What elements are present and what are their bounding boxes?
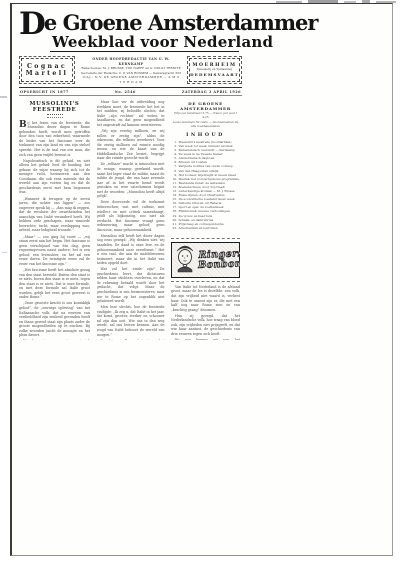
article-paragraph: Wat zal het einde zijn? De geschiedenis … (97, 267, 165, 303)
article-paragraph: Deze doorvoede wil de toekomst beheersch… (97, 200, 165, 232)
contents-column: DE GROENE AMSTERDAMMER Prijs per kwartaa… (171, 100, 240, 340)
newspaper-content: De Groene Amsterdammer Weekblad voor Ned… (19, 13, 242, 340)
contents-item-text: Advertentiën en berichten (179, 226, 241, 230)
column-layout: MUSSOLINI'S FEESTREDE Bij het lezen van … (19, 100, 242, 340)
article-paragraph: Men leze slechts, hoe de feestrede eindi… (97, 305, 165, 337)
article-paragraphs: Maar hoe ver de uitbreiding nog strekken… (97, 100, 165, 340)
article-column-1: MUSSOLINI'S FEESTREDE Bij het lezen van … (19, 100, 90, 340)
article-paragraph: „Onze grootste kracht is ons koninklijk … (19, 301, 90, 337)
divider-rule (19, 95, 242, 96)
advert-product-line: Bonbons (198, 259, 240, 270)
impressum-line: Uitg.: N.V. DE GROENE AMSTERDAMMER — A M… (81, 75, 181, 84)
article-paragraph: Daarbij past alleen „de trots van het Ro… (97, 339, 165, 341)
newspaper-page-border: De Groene Amsterdammer Weekblad voor Ned… (10, 3, 393, 556)
contents-list: 1. Mussolini's feestrede (hoofdartikel) … (171, 140, 240, 235)
ringers-bonbons-advert: Ringers' Bonbons (171, 242, 240, 278)
sailor-boy-portrait-icon (174, 242, 196, 277)
scan-artifact (2, 252, 7, 253)
impressum-line: Redacteuren: M. J. BRUSSE, TOP NAEFF en … (81, 66, 181, 70)
article-paragraph: Wie dezen toon verneemt, vraagt zich af,… (19, 339, 90, 340)
contents-item-number: 22. (171, 226, 179, 230)
advert-line: Martell (22, 70, 72, 78)
contents-item: 22. Advertentiën en berichten (171, 226, 240, 230)
masthead-initial: D (19, 6, 44, 42)
article-paragraph: Mussolini zelf heeft het dezer dagen nog… (97, 234, 165, 266)
article-paragraphs: Napoleontisch is dit geluid, en niet all… (19, 159, 90, 341)
contents-title: INHOUD (171, 132, 240, 138)
advert-box-moerheim: MOERHEIM Kweekerij en Tuinaanleg DEDEMSV… (189, 58, 240, 82)
paragraph-text: ij het lezen van de feestrede, die Musso… (19, 121, 90, 157)
impressum: ONDER HOOFDREDACTIE VAN G. W. KERNKAMP R… (81, 56, 181, 84)
article-paragraph: Bij het lezen van de feestrede, die Muss… (19, 121, 90, 157)
masthead: De Groene Amsterdammer Weekblad voor Ned… (19, 13, 242, 52)
newspaper-title: De Groene Amsterdammer (19, 13, 242, 33)
article-paragraph: Van Italië tot Nederland is de afstand g… (171, 285, 240, 312)
dateline: OPGERICHT IN 1877 No. 2546 ZATERDAG 3 AP… (19, 88, 242, 95)
masthead-box-row: Cognac Martell ONDER HOOFDREDACTIE VAN G… (19, 56, 242, 84)
article-paragraph: „Wanneer ik terugzie op de zeven jaren, … (19, 197, 90, 233)
article-paragraph: De „telbare” macht is intusschen niet de… (97, 162, 165, 198)
advert-line: Cognac (22, 63, 72, 71)
headline-ornament (47, 114, 63, 118)
article-headline: MUSSOLINI'S FEESTREDE (19, 101, 90, 113)
newspaper-subtitle: Weekblad voor Nederland (52, 35, 242, 49)
masthead-rule (50, 51, 239, 52)
closing-paragraphs: Van Italië tot Nederland is de afstand g… (171, 285, 240, 340)
issue-date: ZATERDAG 3 APRIL 1926 (182, 90, 241, 94)
article-paragraph: En zoo keeren wij van het feestgedruisch… (171, 338, 240, 340)
advert-line: DEDEMSVAART (190, 72, 239, 77)
dashed-divider (171, 238, 240, 239)
article-paragraph: Napoleontisch is dit geluid, en niet all… (19, 159, 90, 195)
ringers-bonbons-text: Ringers' Bonbons (197, 249, 240, 270)
issue-number: No. 2546 (115, 90, 136, 94)
article-paragraph: „Maar” — zoo ging hij voort — „wij staan… (19, 235, 90, 267)
article-paragraph: „Het fascisme heeft het absolute gezag v… (19, 268, 90, 300)
paper-name-small: DE GROENE AMSTERDAMMER (171, 101, 240, 111)
article-paragraph: Hun zij gezegd, dat het Nederlandsche vo… (171, 314, 240, 337)
scan-artifact (0, 96, 7, 98)
article-column-2: Maar hoe ver de uitbreiding nog strekken… (97, 100, 165, 340)
subscription-line: Prijs per kwartaal f 3.75 — franco per p… (171, 112, 240, 120)
founded-label: OPGERICHT IN 1877 (20, 90, 69, 94)
impressum-line: ONDER HOOFDREDACTIE VAN G. W. KERNKAMP (81, 57, 181, 66)
advert-box-cognac-martell: Cognac Martell (21, 58, 73, 82)
subscription-line: Losse nummers 30 cents — Abonnementen bi… (171, 121, 240, 129)
article-paragraph: Maar hoe ver de uitbreiding nog strekken… (97, 100, 165, 127)
dashed-divider (171, 281, 240, 282)
masthead-title-text: e Groene Amsterdammer (44, 10, 318, 35)
article-paragraph: „Wij zijn veertig millioen, en wij zulle… (97, 129, 165, 161)
